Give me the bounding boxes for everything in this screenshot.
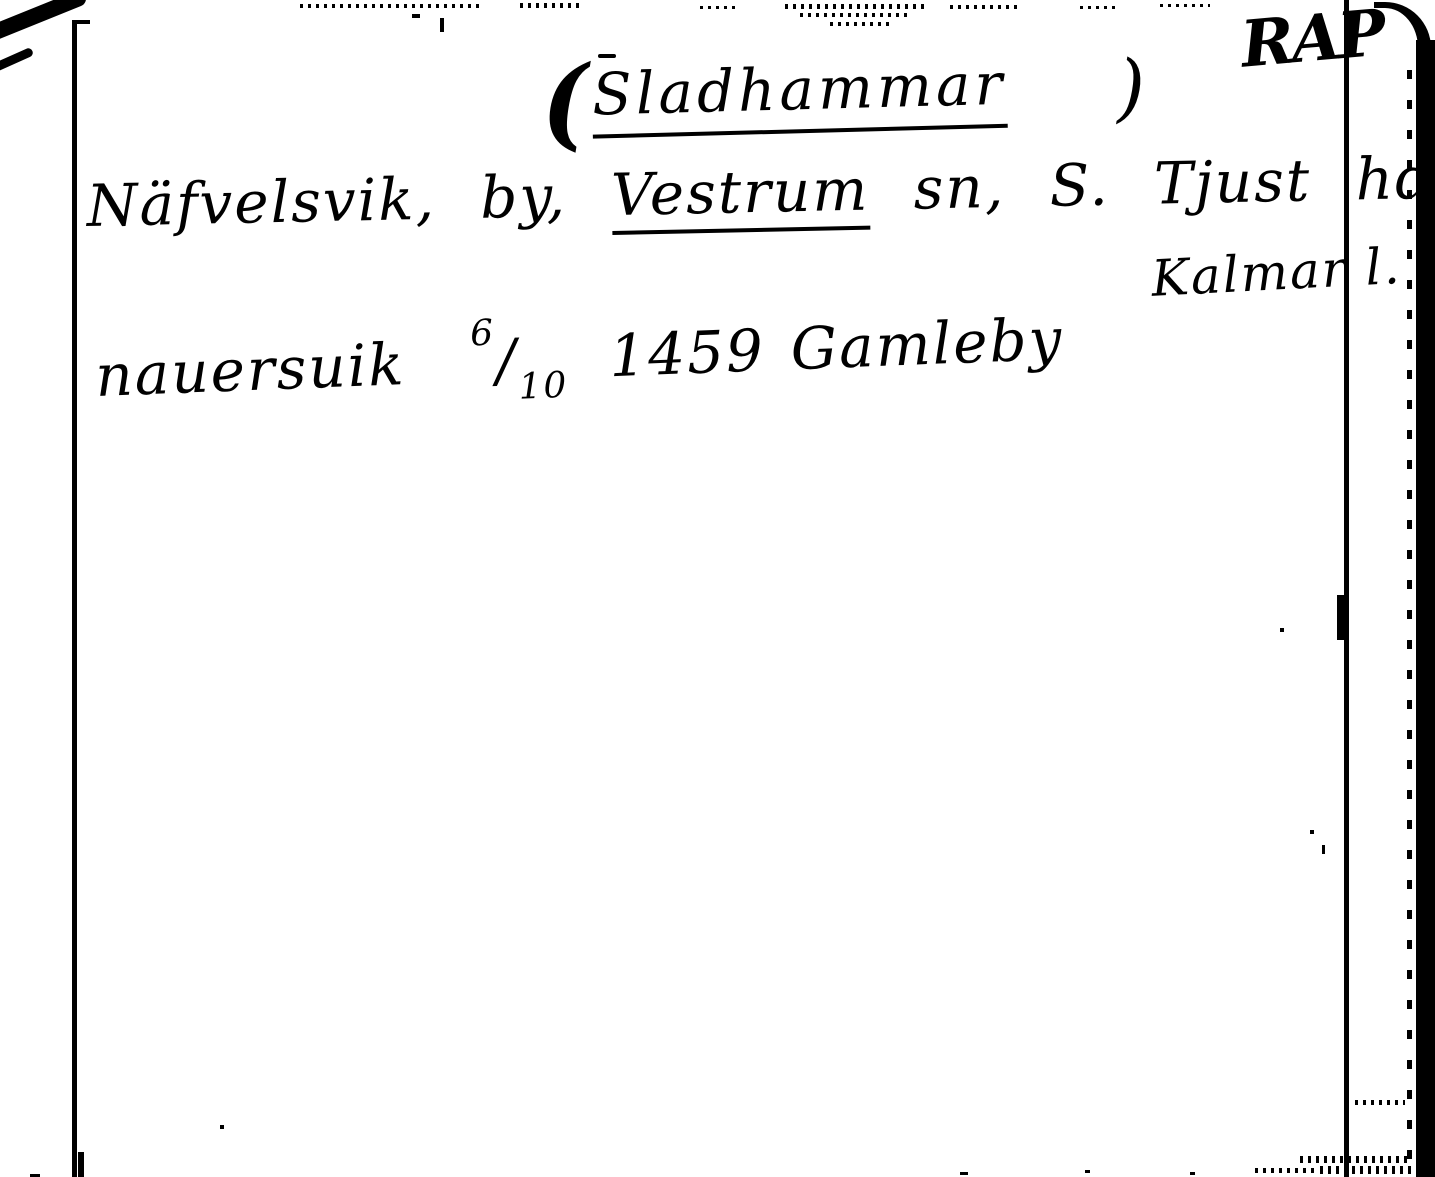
left-margin-rule-tick (72, 20, 90, 24)
scan-speck (220, 1125, 224, 1129)
scan-noise-dash (1160, 4, 1210, 7)
right-margin-rule-nub (1337, 595, 1344, 640)
card-edge-noise (1407, 70, 1412, 1160)
headword-close-paren: ) (1115, 44, 1150, 131)
date-month: 10 (518, 365, 569, 408)
scan-speck (960, 1172, 968, 1175)
scanned-index-card: RAP (Sladhammar) Näfvelsvik, by, Vestrum… (0, 0, 1435, 1177)
citation-year: 1459 (608, 316, 766, 390)
scan-speck (1190, 1172, 1195, 1175)
scan-noise-cluster (785, 4, 925, 9)
quoted-old-form: nauersuik (94, 330, 407, 410)
scan-speck (440, 18, 444, 32)
scan-noise-cluster (800, 13, 910, 17)
citation-date: 6/10 (470, 324, 569, 396)
left-margin-rule-nub (78, 1152, 84, 1177)
scan-noise-cluster (830, 22, 890, 26)
headword-open-paren: ( (539, 43, 593, 162)
scan-noise-cluster (1320, 1166, 1420, 1174)
scan-speck (412, 14, 420, 18)
scan-speck (1310, 830, 1314, 834)
scan-noise-dash (950, 5, 1020, 9)
scan-noise-dash (1080, 6, 1120, 9)
county-label: Kalmar l. (1150, 237, 1403, 308)
scan-noise-dash (300, 4, 480, 8)
scan-speck (598, 54, 616, 58)
parish-name: Vestrum (610, 156, 870, 235)
district-text: sn, S. Tjust hd (868, 144, 1434, 224)
scan-speck (1280, 628, 1284, 632)
source-citation-line: nauersuik6/101459Gamleby (94, 305, 1065, 418)
scan-noise-dash (700, 6, 740, 9)
date-slash: / (495, 326, 519, 395)
scan-speck (1085, 1170, 1090, 1173)
date-day: 6 (469, 312, 495, 354)
headword-line: (Sladhammar) (540, 50, 1150, 133)
scan-speck (1322, 845, 1325, 854)
scan-noise-cluster (1300, 1156, 1410, 1163)
place-name-and-type: Näfvelsvik, by, (86, 162, 567, 240)
scan-noise-dash (1255, 1168, 1315, 1173)
citation-place: Gamleby (789, 305, 1064, 383)
archive-signature: RAP (1238, 0, 1386, 83)
place-entry-line: Näfvelsvik, by, Vestrum sn, S. Tjust hd (86, 144, 1435, 240)
scan-noise-cluster (1355, 1100, 1405, 1105)
scan-corner-artifact (0, 47, 34, 73)
left-margin-rule (72, 20, 77, 1177)
scan-noise-dash (520, 3, 580, 8)
headword: Sladhammar (591, 50, 1007, 139)
